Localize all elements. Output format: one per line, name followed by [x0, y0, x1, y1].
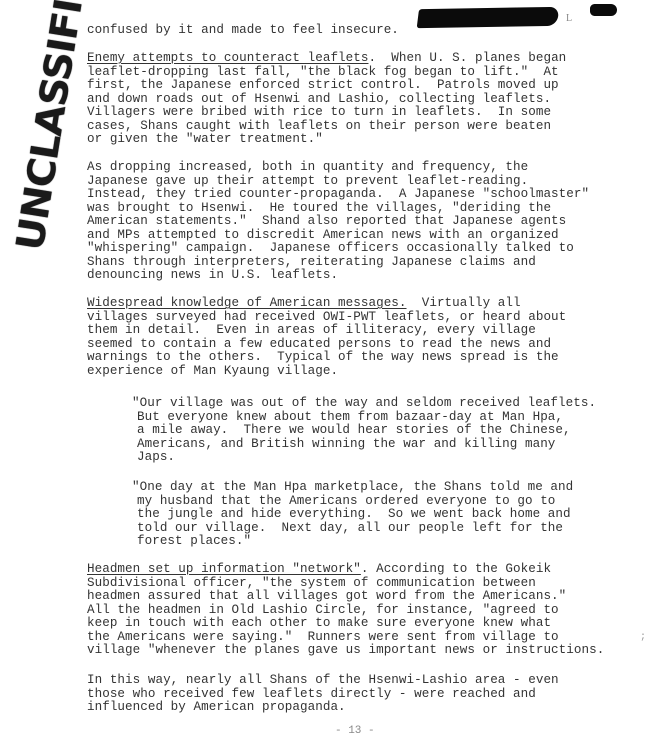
paragraph-line: "whispering" campaign. Japanese officers…: [87, 242, 574, 256]
paragraph-line: Enemy attempts to counteract leaflets. W…: [87, 52, 566, 66]
paragraph-line: Instead, they tried counter-propaganda. …: [87, 188, 589, 202]
quote-line: "Our village was out of the way and seld…: [132, 397, 596, 411]
paragraph-line: and down roads out of Hsenwi and Lashio,…: [87, 93, 551, 107]
paragraph-line: In this way, nearly all Shans of the Hse…: [87, 674, 559, 688]
section-heading: Headmen set up information "network": [87, 562, 361, 576]
quote-line: Japs.: [137, 451, 175, 465]
paragraph-line: seemed to contain a few educated persons…: [87, 338, 551, 352]
quote-line: "One day at the Man Hpa marketplace, the…: [132, 481, 573, 495]
paragraph-line: All the headmen in Old Lashio Circle, fo…: [87, 604, 559, 618]
paragraph-line: Subdivisional officer, "the system of co…: [87, 577, 536, 591]
margin-mark: ;: [640, 632, 646, 643]
paragraph-line: keep in touch with each other to make su…: [87, 617, 551, 631]
quote-line: the jungle and hide everything. So we we…: [137, 508, 571, 522]
paragraph-line: and MPs attempted to discredit American …: [87, 229, 559, 243]
page-number: - 13 -: [335, 725, 375, 737]
redaction-bar: [417, 7, 560, 28]
paragraph-line: experience of Man Kyaung village.: [87, 365, 338, 379]
unclassified-stamp: UNCLASSIFIED: [12, 32, 82, 245]
redaction-mark: [590, 4, 617, 16]
document-page: L UNCLASSIFIED confused by it and made t…: [0, 0, 655, 742]
paragraph-line: villages surveyed had received OWI-PWT l…: [87, 311, 566, 325]
quote-line: Americans, and British winning the war a…: [137, 438, 555, 452]
paragraph-line: headmen assured that all villages got wo…: [87, 590, 566, 604]
quote-line: a mile away. There we would hear stories…: [137, 424, 571, 438]
paragraph-line: or given the "water treatment.": [87, 133, 323, 147]
paragraph-line: those who received few leaflets directly…: [87, 688, 536, 702]
paragraph-line: the Americans were saying." Runners were…: [87, 631, 559, 645]
paragraph-line: them in detail. Even in areas of illiter…: [87, 324, 536, 338]
paragraph-line: leaflet-dropping last fall, "the black f…: [87, 66, 559, 80]
section-heading: Widespread knowledge of American message…: [87, 296, 407, 310]
paragraph-line: denouncing news in U.S. leaflets.: [87, 269, 338, 283]
section-heading: Enemy attempts to counteract leaflets: [87, 51, 368, 65]
stamp-text: UNCLASSIFIED: [11, 0, 97, 253]
quote-line: forest places.": [137, 535, 251, 549]
paragraph-line: village "whenever the planes gave us imp…: [87, 644, 604, 658]
paragraph-line: influenced by American propaganda.: [87, 701, 346, 715]
paragraph-line: As dropping increased, both in quantity …: [87, 161, 528, 175]
paragraph-line: cases, Shans caught with leaflets on the…: [87, 120, 551, 134]
paragraph-line: Headmen set up information "network". Ac…: [87, 563, 551, 577]
quote-line: my husband that the Americans ordered ev…: [137, 495, 555, 509]
quote-line: told our village. Next day, all our peop…: [137, 522, 563, 536]
quote-line: But everyone knew about them from bazaar…: [137, 411, 563, 425]
paragraph-line: was brought to Hsenwi. He toured the vil…: [87, 202, 551, 216]
paragraph-line: American statements." Shand also reporte…: [87, 215, 566, 229]
paragraph-line: first, the Japanese enforced strict cont…: [87, 79, 559, 93]
paragraph-line: Widespread knowledge of American message…: [87, 297, 521, 311]
paragraph-line: Japanese gave up their attempt to preven…: [87, 175, 528, 189]
top-line: confused by it and made to feel insecure…: [87, 24, 399, 38]
redaction-trailing-letter: L: [566, 13, 572, 24]
paragraph-line: Shans through interpreters, reiterating …: [87, 256, 536, 270]
paragraph-line: Villagers were bribed with rice to turn …: [87, 106, 551, 120]
paragraph-line: warnings to the others. Typical of the w…: [87, 351, 559, 365]
